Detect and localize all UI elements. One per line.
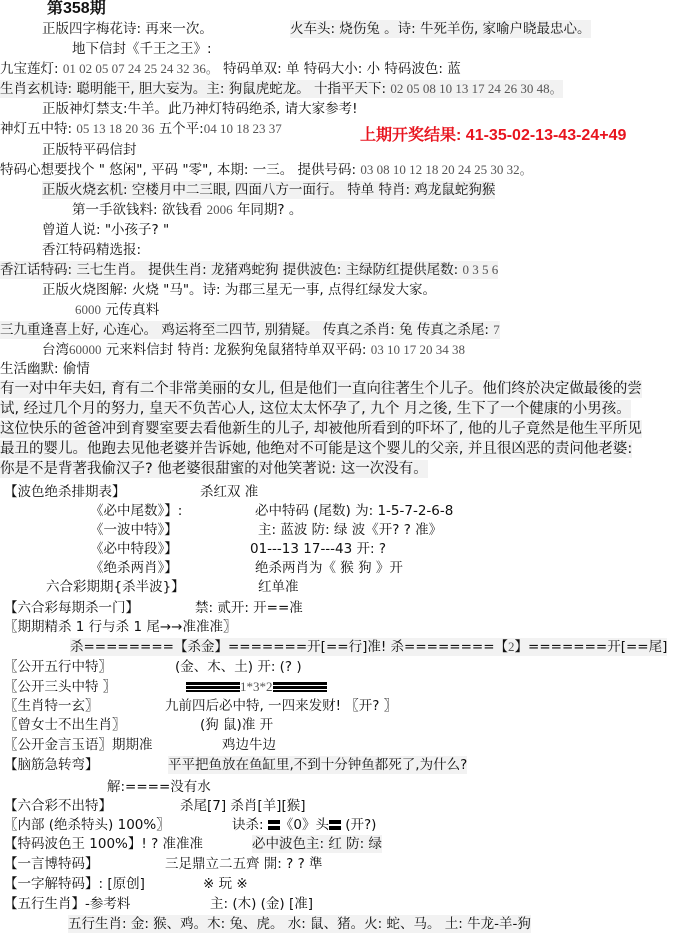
table-header-label: 【波色绝杀排期表】 bbox=[4, 483, 126, 501]
special-code-wish: 特码心想要找个 " 悠闲", 平码 "零", 本期: 一三。 提供号码: 03 … bbox=[0, 161, 533, 179]
amount: 6000 bbox=[75, 302, 101, 317]
ms-zeng-label: 〖曾女士不出生肖〗 bbox=[4, 716, 126, 734]
table-row-value: 绝杀两肖为《 猴 狗 》开 bbox=[255, 559, 403, 577]
story-line: 最丑的婴儿。他跑去见他老婆并告诉她, 他绝对不可能是这个婴儿的父亲, 并且很凶恶… bbox=[0, 440, 632, 458]
head: 《0》头 bbox=[280, 817, 329, 833]
numbers: 03 08 10 12 18 20 24 25 30 32。 bbox=[360, 162, 532, 177]
label-b: 元来料信封 特肖: 龙猴狗兔鼠猪特单双平码: bbox=[106, 342, 367, 358]
tail-numbers: 0 3 5 6 bbox=[462, 262, 498, 277]
label: 特码心想要找个 " 悠闲", 平码 "零", 本期: 一三。 提供号码: bbox=[0, 162, 356, 178]
label: 第一手欲钱料: 欲钱看 bbox=[72, 202, 202, 218]
bar-icon bbox=[186, 682, 216, 692]
three-heads-label: 〖公开三头中特 〗 bbox=[4, 678, 116, 696]
one-char-value: ※ 玩 ※ bbox=[203, 875, 248, 893]
story-line: 有一对中年夫妇, 育有二个非常美丽的女儿, 但是他们一直向往著生个儿子。他们终於… bbox=[0, 380, 642, 398]
table-row-label: 《必中特段》】 bbox=[90, 540, 178, 558]
result-value: 41-35-02-13-43-24+49 bbox=[466, 127, 627, 144]
open: (开?) bbox=[345, 817, 376, 833]
digits: 1*3*2 bbox=[240, 679, 273, 694]
part-b: 】=======开[==尾] bbox=[515, 639, 668, 655]
fire-mystery: 正版火烧玄机: 空楼月中二三眼, 四面八方一面行。 特单 特肖: 鸡龙鼠蛇狗猴 bbox=[42, 181, 495, 199]
kill-door-label: 【六合彩每期杀一门】 bbox=[4, 599, 139, 617]
zodiac-mystery-label: 〖生肖特一玄〗 bbox=[4, 697, 99, 715]
five-zodiac-value: 主: (木) (金) [准] bbox=[210, 895, 313, 913]
label-a: 台湾 bbox=[42, 342, 69, 358]
first-hand: 第一手欲钱料: 欲钱看 2006 年同期? 。 bbox=[72, 201, 302, 219]
fax-material: 6000 元传真料 bbox=[75, 301, 159, 319]
internal-kill-value: 诀杀: 《0》头 (开?) bbox=[232, 816, 376, 834]
five-elements-value: (金、木、土) 开: (? ) bbox=[175, 658, 302, 676]
rest: 年同期? 。 bbox=[237, 202, 302, 218]
attributes: 特码单双: 单 特码大小: 小 特码波色: 蓝 bbox=[223, 61, 461, 77]
bar-icon bbox=[329, 820, 341, 830]
zeng-saying: 曾道人说: "小孩子? " bbox=[42, 221, 169, 239]
table-row-value: 红单准 bbox=[258, 578, 299, 596]
result-label: 上期开奖结果: bbox=[360, 127, 461, 144]
numbers: 03 10 17 20 34 38 bbox=[371, 342, 465, 357]
table-row-label: 六合彩期期{杀半波}】 bbox=[46, 578, 185, 596]
lamp-ban: 正版神灯禁支:牛羊。此乃神灯特码绝杀, 请大家参考! bbox=[42, 100, 358, 118]
train-head: 火车头: 烧伤兔 。诗: 牛死羊伤, 家喻户晓最忠心。 bbox=[290, 20, 591, 38]
label: 诀杀: bbox=[232, 817, 264, 833]
one-char-label: 【一字解特码】: [原创] bbox=[4, 875, 145, 893]
kill-door-value: 禁: 贰开: 开==准 bbox=[195, 599, 303, 617]
taiwan-envelope: 台湾60000 元来料信封 特肖: 龙猴狗兔鼠猪特单双平码: 03 10 17 … bbox=[42, 341, 465, 359]
table-row-label: 《一波中特》】 bbox=[90, 521, 178, 539]
story-line: 这位快乐的爸爸冲到育婴室要去看他新生的儿子, 却被他所看到的吓坏了, 他的儿子竟… bbox=[0, 420, 642, 438]
label: 神灯五中特: bbox=[0, 121, 72, 137]
numbers: 02 05 08 10 13 17 24 26 30 48。 bbox=[390, 81, 562, 96]
golden-words-label: 〖公开金言玉语〗期期准 bbox=[4, 736, 153, 754]
ms-zeng-value: (狗 鼠)准 开 bbox=[200, 716, 273, 734]
bar-icon bbox=[273, 682, 297, 692]
no-special-value: 杀尾[7] 杀肖[羊][猴] bbox=[180, 797, 305, 815]
golden-words-value: 鸡边牛边 bbox=[222, 736, 276, 754]
one-word-value: 三足鼎立二五齊 開: ? ? 準 bbox=[165, 855, 323, 873]
table-row-value: 主: 蓝波 防: 绿 波《开? ? 准》 bbox=[258, 521, 442, 539]
xiangjiang-title: 香江特码精选报: bbox=[42, 241, 141, 259]
five-zodiac-label: 【五行生肖】-参考料 bbox=[4, 895, 130, 913]
bar-icon bbox=[297, 682, 327, 692]
table-row-value: 必中特码 (尾数) 为: 1-5-7-2-6-8 bbox=[255, 502, 453, 520]
riddle-answer: 解:====没有水 bbox=[107, 778, 211, 796]
label: 三九重逢喜上好, 心连心。 鸡运将至二四节, 别猜疑。 传真之杀肖: 兔 传真之… bbox=[0, 322, 489, 338]
story-line: 试, 经过几个月的努力, 皇天不负苦心人, 这位太太怀孕了, 九个 月之後, 生… bbox=[0, 400, 631, 418]
label: 九宝莲灯: bbox=[0, 61, 59, 77]
internal-kill-label: 〖内部 (绝杀特头) 100%〗 bbox=[4, 816, 170, 834]
issue-title: 第358期 bbox=[47, 0, 106, 18]
story-line: 你是不是背著我偷汉子? 他老婆很甜蜜的对他笑著说: 这一次没有。 bbox=[0, 460, 428, 478]
numbers: 05 13 18 20 36 bbox=[76, 121, 154, 136]
fire-diagram: 正版火烧图解: 火烧 "马"。诗: 为郡三星无一事, 点得红绿发大家。 bbox=[42, 281, 436, 299]
xiangjiang-code: 香江话特码: 三七生肖。 提供生肖: 龙猪鸡蛇狗 提供波色: 主绿防红提供尾数:… bbox=[0, 261, 498, 279]
riddle-label: 【脑筋急转弯】 bbox=[4, 756, 99, 774]
numbers-2: 04 10 18 23 37 bbox=[204, 121, 282, 136]
last-result: 上期开奖结果: 41-35-02-13-43-24+49 bbox=[360, 127, 626, 145]
plum-poem: 正版四字梅花诗: 再来一次。 bbox=[42, 20, 213, 38]
zodiac-poem: 生肖玄机诗: 聪明能干, 胆大妄为。主: 狗鼠虎蛇龙。 十指平天下: 02 05… bbox=[0, 80, 563, 98]
zodiac-mystery-value: 九前四后必中特, 一四来发财! 〖开? 〗 bbox=[165, 697, 397, 715]
nine-lotus-lamp: 九宝莲灯: 01 02 05 07 24 25 24 32 36。 特码单双: … bbox=[0, 60, 461, 78]
table-header-value: 杀红双 准 bbox=[200, 483, 258, 501]
part-a: 杀========【杀金】=======开[==行]准! 杀========【 bbox=[70, 639, 508, 655]
no-special-label: 【六合彩不出特】 bbox=[4, 797, 112, 815]
table-row-value: 01---13 17---43 开: ? bbox=[250, 540, 386, 558]
table-row-label: 《绝杀两肖》】 bbox=[90, 559, 178, 577]
humor-title: 生活幽默: 偷情 bbox=[0, 360, 90, 378]
five-elements-label: 〖公开五行中特〗 bbox=[4, 658, 112, 676]
wave-king-label: 【特码波色王 100%】! ? 准准准 bbox=[4, 835, 203, 853]
riddle-question: 平平把鱼放在鱼缸里,不到十分钟鱼都死了,为什么? bbox=[168, 756, 467, 774]
lamp-five: 神灯五中特: 05 13 18 20 36 五个平:04 10 18 23 37 bbox=[0, 120, 282, 138]
kill-metal-line: 杀========【杀金】=======开[==行]准! 杀========【2… bbox=[70, 638, 667, 656]
label: 香江话特码: 三七生肖。 提供生肖: 龙猪鸡蛇狗 提供波色: 主绿防红提供尾数: bbox=[0, 262, 458, 278]
label: 元传真料 bbox=[105, 302, 159, 318]
numbers: 01 02 05 07 24 25 24 32 36。 bbox=[63, 61, 219, 76]
bar-icon bbox=[216, 682, 240, 692]
amount: 60000 bbox=[69, 342, 102, 357]
kill-tail: 7 bbox=[493, 322, 500, 337]
three-heads-value: 1*3*2 bbox=[186, 678, 327, 696]
label: 生肖玄机诗: 聪明能干, 胆大妄为。主: 狗鼠虎蛇龙。 十指平天下: bbox=[0, 81, 386, 97]
five-zodiac-list: 五行生肖: 金: 猴、鸡。木: 兔、虎。 水: 鼠、猪。火: 蛇、马。 土: 牛… bbox=[68, 915, 531, 933]
wave-king-value: 必中波色主: 红 防: 绿 bbox=[252, 835, 382, 853]
one-word-label: 【一言博特码】 bbox=[4, 855, 99, 873]
year: 2006 bbox=[207, 202, 233, 217]
label-2: 五个平: bbox=[159, 121, 204, 137]
double-nine: 三九重逢喜上好, 心连心。 鸡运将至二四节, 别猜疑。 传真之杀肖: 兔 传真之… bbox=[0, 321, 500, 339]
underground-envelope: 地下信封《千王之王》: bbox=[72, 40, 212, 58]
table-row-label: 《必中尾数》】: bbox=[90, 502, 182, 520]
bar-icon bbox=[268, 820, 280, 830]
flat-code-envelope: 正版特平码信封 bbox=[42, 141, 137, 159]
kill-row-tail: 〖期期精杀 1 行与杀 1 尾→→准准准〗 bbox=[4, 618, 236, 636]
